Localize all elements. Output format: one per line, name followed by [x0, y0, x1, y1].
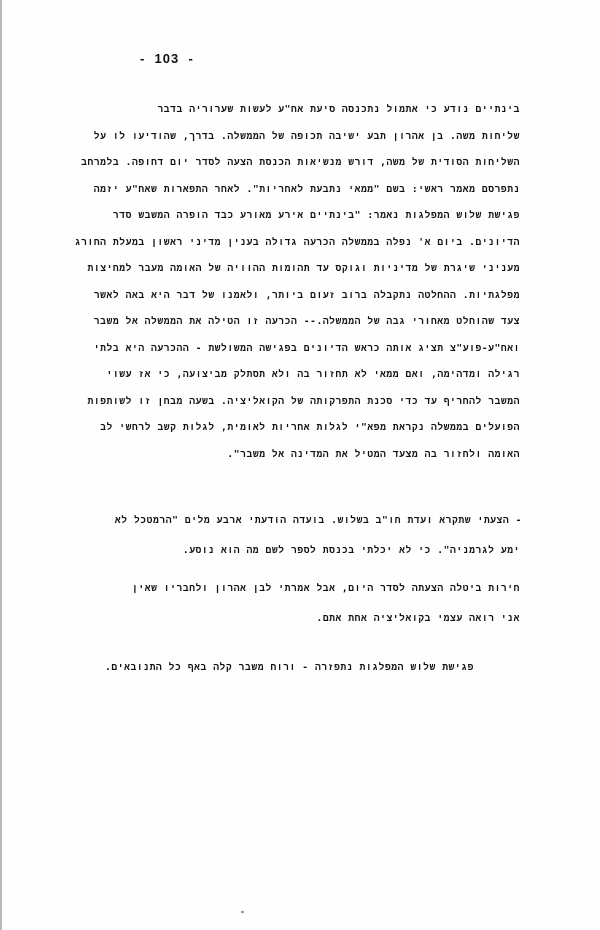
text-line: מפלגתיות. ההחלטה נתקבלה ברוב זעום ביותר,…: [94, 290, 520, 302]
text-line: השליחות הסודית של משה, דורש מנשיאות הכנס…: [81, 157, 520, 169]
text-line: המשבר להחריף עד כדי סכנת התפרקותה של הקו…: [87, 396, 520, 408]
page-left-border: [0, 0, 2, 930]
text-line: האומה ולחזור בה מצעד המטיל את המדינה אל …: [227, 449, 520, 461]
scan-speck: [241, 911, 244, 913]
text-line: - הצעתי שתקרא ועדת חו"ב בשלוש. בועדה הוד…: [115, 515, 522, 527]
page-number: - 103 -: [140, 51, 194, 66]
text-line: פגישת שלוש המפלגות נאמר: "בינתיים אירע מ…: [113, 210, 520, 222]
text-line: בינתיים נודע כי אתמול נתכנסה סיעת אח"ע ל…: [157, 104, 520, 116]
text-line: שליחות משה. בן אהרון תבע ישיבה תכופה של …: [94, 131, 520, 143]
text-line: מעניני שיגרת של מדיניות וגוקס עד תהומות …: [88, 263, 521, 275]
text-line: הפועלים בממשלה נקראת מפא"י לגלות אחריות …: [100, 422, 520, 434]
text-line: פגישת שלוש המפלגות נתפזרה - ורוח משבר קל…: [105, 662, 474, 674]
text-line: אני רואה עצמי בקואליציה אחת אתם.: [316, 613, 520, 625]
text-line: חירות ביטלה הצעתה לסדר היום, אבל אמרתי ל…: [132, 583, 520, 595]
text-line: רגילה ומדהימה, ואם ממאי לא תחזור בה ולא …: [107, 369, 520, 381]
text-line: צעד שהוחלט מאחורי גבה של הממשלה.-- הכרעה…: [94, 316, 520, 328]
text-line: ימע לגרמניה". כי לא יכלתי בכנסת לספר לשם…: [183, 545, 520, 557]
text-line: ואח"ע-פוע"צ תציג אותה כראש הדיונים בפגיש…: [94, 343, 520, 355]
text-line: הדיונים. ביום א' נפלה בממשלה הכרעה גדולה…: [75, 237, 520, 249]
text-line: נתפרסם מאמר ראשי: בשם "ממאי נתבעת לאחריו…: [94, 184, 520, 196]
